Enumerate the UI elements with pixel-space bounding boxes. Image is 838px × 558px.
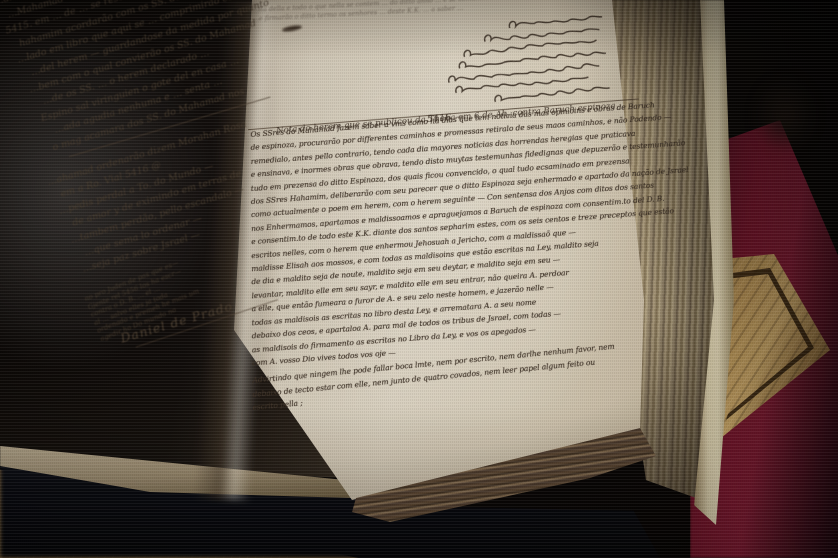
photograph-of-spinoza-herem-manuscript: …amos da Ley e os mais ……Mahamad — junto… [0, 0, 838, 558]
signature-block [432, 7, 610, 108]
herem-text-block: 5416 — Nota do herem que se publicou da … [250, 99, 673, 457]
herem-body: Os SSres do Mahamad fazem saber a vms co… [250, 99, 670, 409]
background-shadow-shape [740, 60, 830, 170]
